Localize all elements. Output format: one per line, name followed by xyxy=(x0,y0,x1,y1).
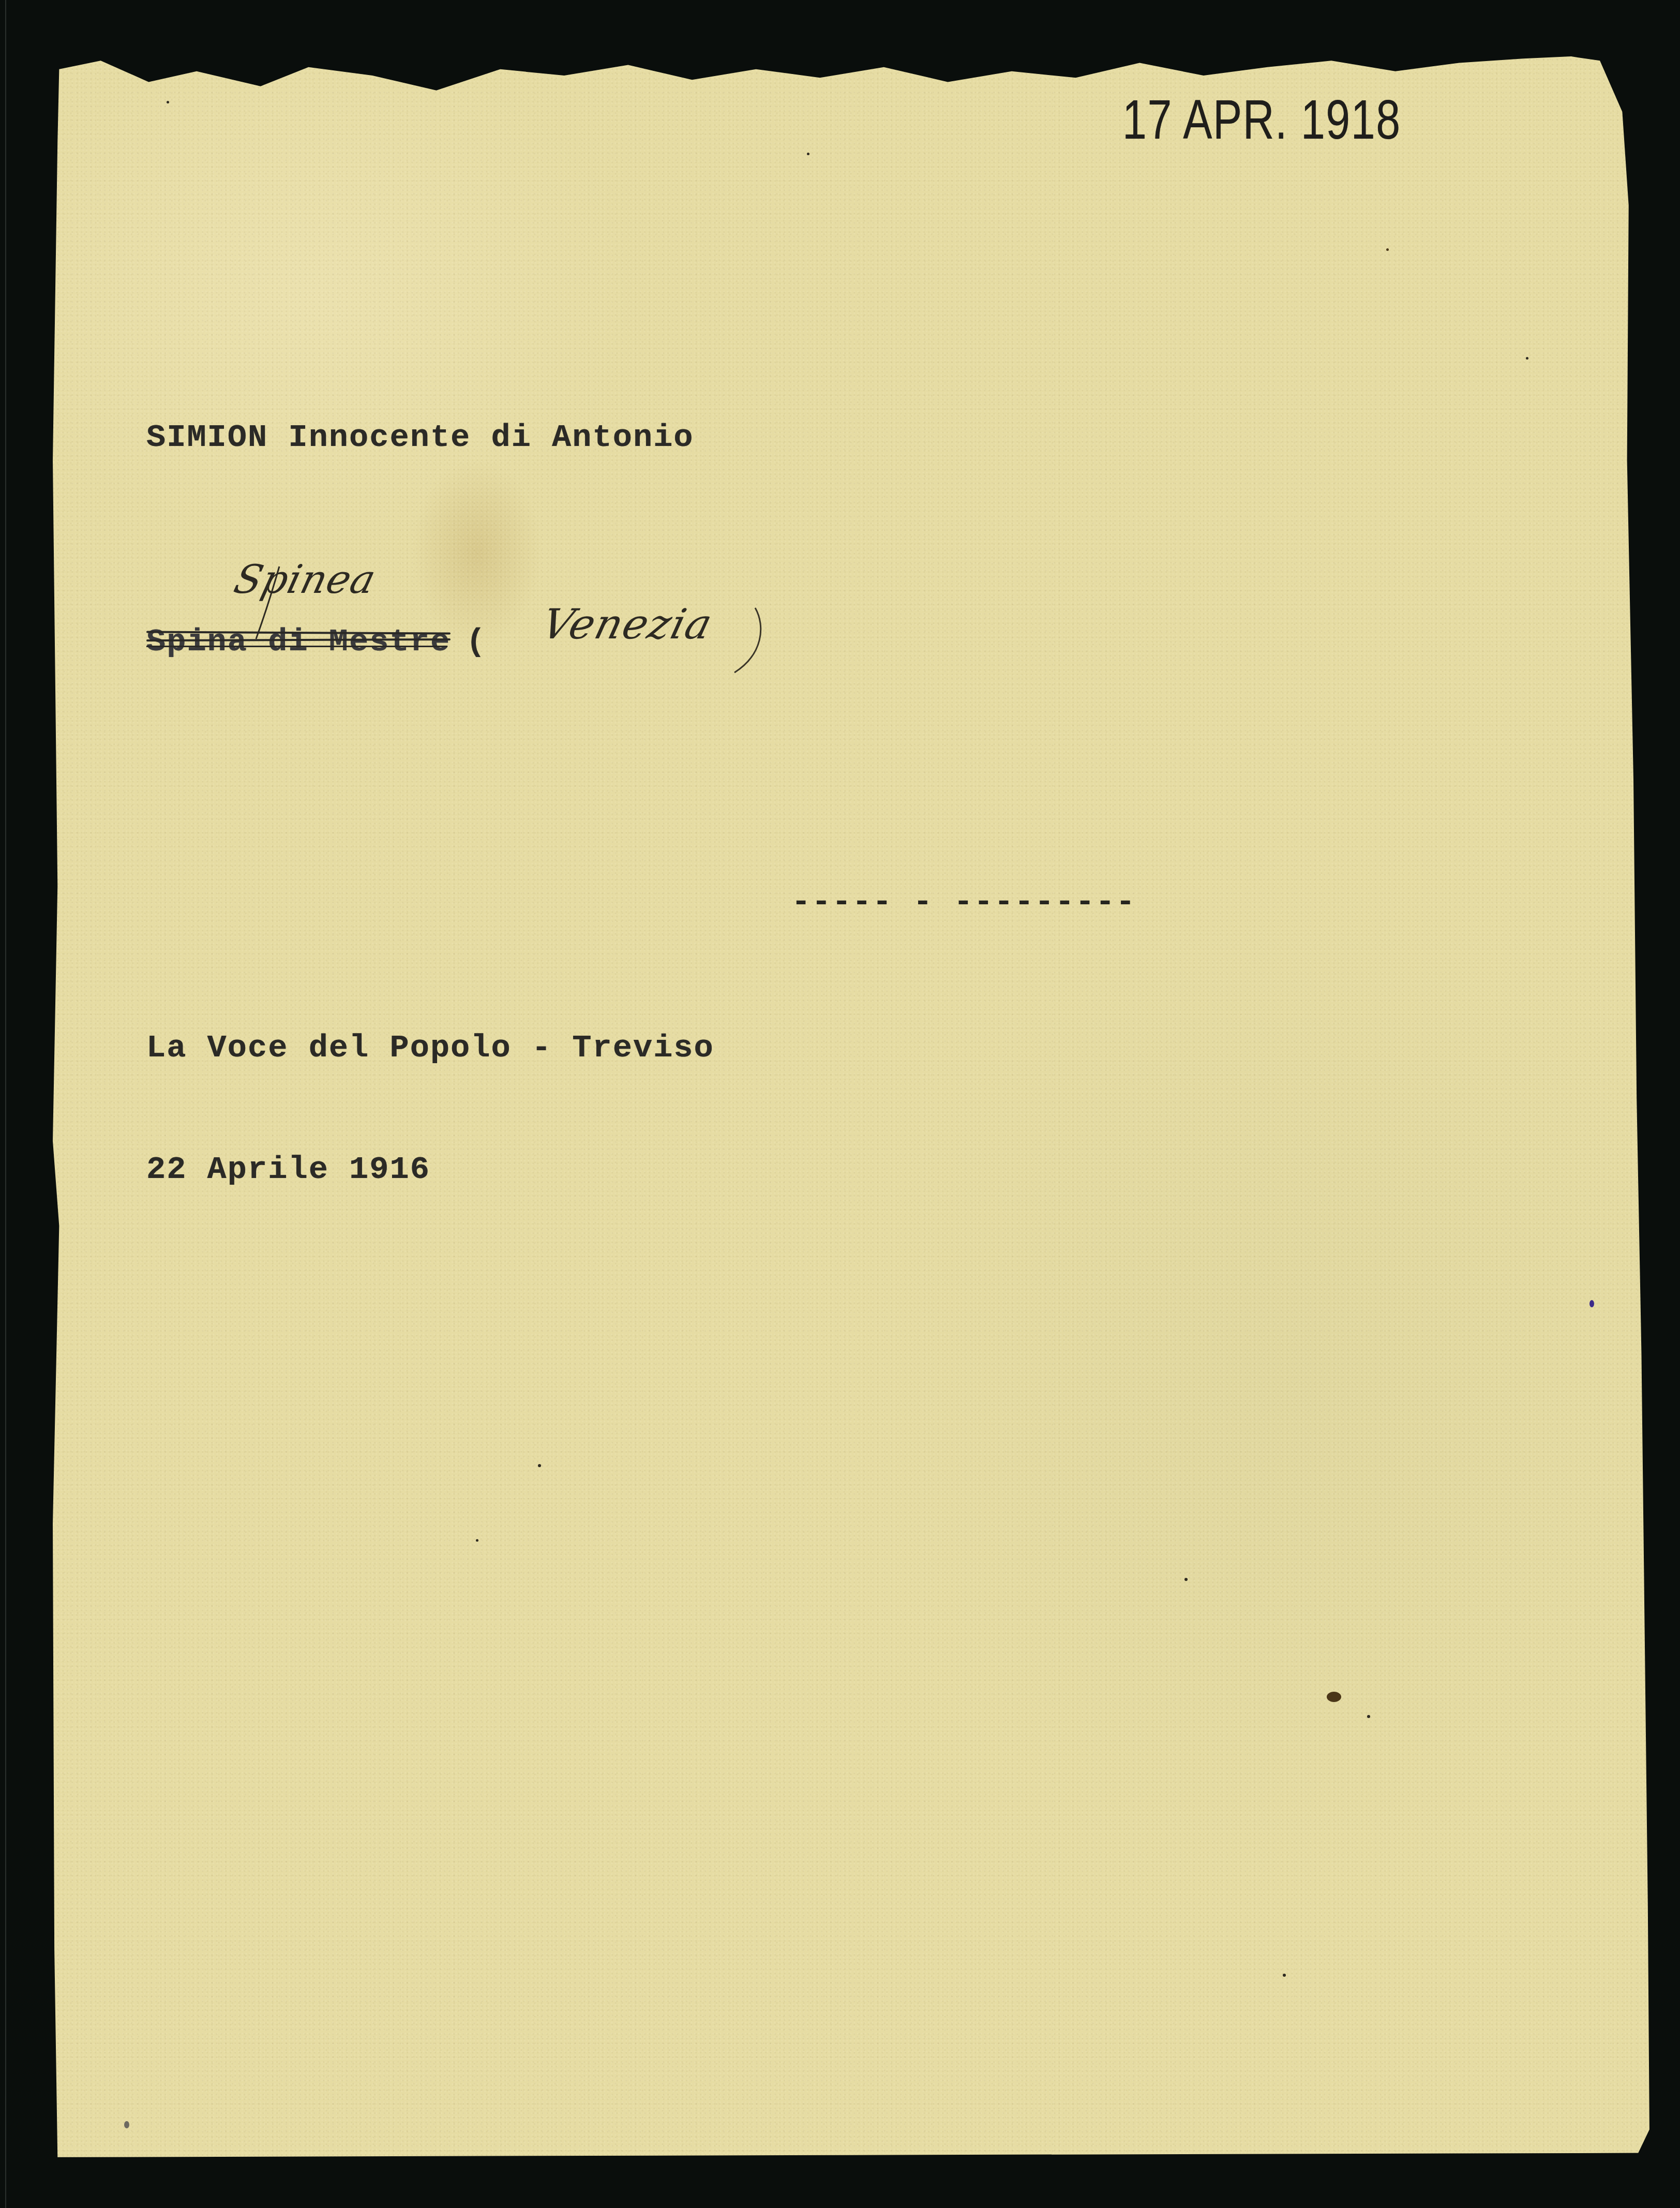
handwritten-province: Venezia xyxy=(537,600,717,648)
speck-dot xyxy=(538,1464,541,1467)
paper-sheet xyxy=(53,35,1651,2161)
speck-dot xyxy=(1367,1715,1370,1718)
ink-speck xyxy=(1589,1300,1594,1307)
date-stamp: 17 APR. 1918 xyxy=(1122,87,1401,152)
newspaper-source: La Voce del Popolo - Treviso xyxy=(146,1030,714,1066)
open-parenthesis: ( xyxy=(466,623,486,660)
document-scan: 17 APR. 1918 SIMION Innocente di Antonio… xyxy=(0,0,1680,2208)
speck-dot xyxy=(124,2121,129,2128)
mount-edge-line xyxy=(5,0,6,2208)
struck-place-text: Spina di Mestre xyxy=(146,623,451,660)
handwritten-close-parenthesis xyxy=(714,605,776,678)
speck-dot xyxy=(1184,1578,1188,1581)
speck-dot xyxy=(476,1539,478,1542)
typed-separator: ----- - --------- xyxy=(791,884,1136,920)
speck-dot xyxy=(1283,1974,1286,1977)
person-name-line: SIMION Innocente di Antonio xyxy=(146,419,694,456)
publication-date: 22 Aprile 1916 xyxy=(146,1151,430,1188)
speck-dot xyxy=(1526,357,1528,360)
foxing-spot xyxy=(1327,1692,1341,1702)
place-line: Spina di Mestre( xyxy=(146,623,486,660)
speck-dot xyxy=(167,101,169,103)
speck-dot xyxy=(1386,248,1389,251)
paper-texture xyxy=(53,35,1651,2161)
speck-dot xyxy=(807,153,809,155)
